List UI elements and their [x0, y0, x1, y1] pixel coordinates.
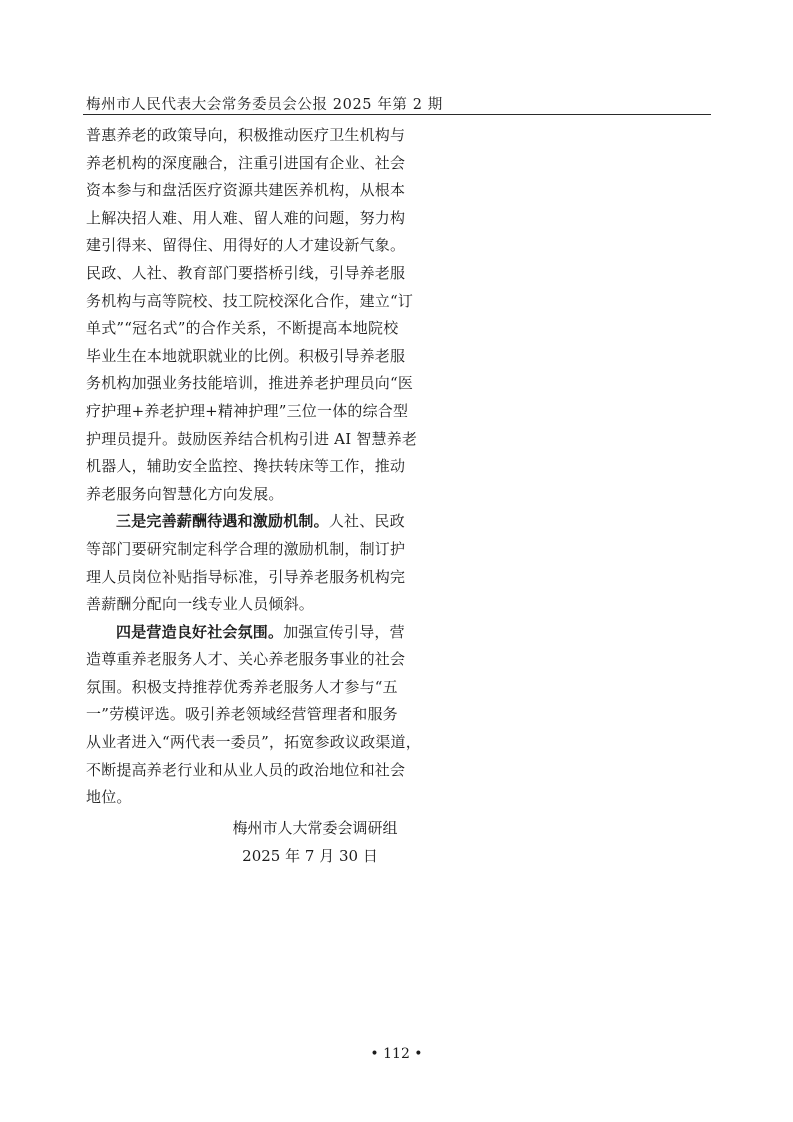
text-line: 疗护理+养老护理+精神护理”三位一体的综合型	[86, 398, 386, 426]
section-four-lead: 四是营造良好社会氛围。	[116, 623, 283, 641]
running-header: 梅州市人民代表大会常务委员会公报 2025 年第 2 期	[86, 93, 443, 114]
text-line: 理人员岗位补贴指导标准，引导养老服务机构完	[86, 564, 386, 592]
text-line: 三是完善薪酬待遇和激励机制。人社、民政	[86, 508, 386, 536]
signature-block: 梅州市人大常委会调研组 2025 年 7 月 30 日	[200, 814, 410, 870]
text-line: 普惠养老的政策导向，积极推动医疗卫生机构与	[86, 122, 386, 150]
text-line: 养老机构的深度融合，注重引进国有企业、社会	[86, 150, 386, 178]
section-four-first-line: 加强宣传引导，营	[283, 623, 405, 641]
text-line: 等部门要研究制定科学合理的激励机制，制订护	[86, 536, 386, 564]
text-line: 单式”“冠名式”的合作关系，不断提高本地院校	[86, 315, 386, 343]
section-three-paragraph: 三是完善薪酬待遇和激励机制。人社、民政 等部门要研究制定科学合理的激励机制，制订…	[86, 508, 386, 618]
text-line: 务机构与高等院校、技工院校深化合作，建立“订	[86, 288, 386, 316]
text-line: 护理员提升。鼓励医养结合机构引进 AI 智慧养老	[86, 426, 386, 454]
page-number: • 112 •	[0, 1046, 793, 1062]
text-line: 善薪酬分配向一线专业人员倾斜。	[86, 591, 386, 619]
section-four-paragraph: 四是营造良好社会氛围。加强宣传引导，营 造尊重养老服务人才、关心养老服务事业的社…	[86, 619, 386, 812]
text-line: 建引得来、留得住、用得好的人才建设新气象。	[86, 232, 386, 260]
text-line: 民政、人社、教育部门要搭桥引线，引导养老服	[86, 260, 386, 288]
signature-date: 2025 年 7 月 30 日	[200, 842, 410, 870]
text-line: 一”劳模评选。吸引养老领域经营管理者和服务	[86, 701, 386, 729]
text-line: 四是营造良好社会氛围。加强宣传引导，营	[86, 619, 386, 647]
continuation-paragraph: 普惠养老的政策导向，积极推动医疗卫生机构与 养老机构的深度融合，注重引进国有企业…	[86, 122, 386, 508]
text-line: 造尊重养老服务人才、关心养老服务事业的社会	[86, 646, 386, 674]
text-line: 养老服务向智慧化方向发展。	[86, 481, 386, 509]
section-three-lead: 三是完善薪酬待遇和激励机制。	[116, 512, 329, 530]
section-three-first-line: 人社、民政	[329, 512, 405, 530]
text-line: 从业者进入“两代表一委员”，拓宽参政议政渠道，	[86, 729, 386, 757]
text-line: 毕业生在本地就职就业的比例。积极引导养老服	[86, 343, 386, 371]
header-rule	[83, 114, 711, 115]
body-column: 普惠养老的政策导向，积极推动医疗卫生机构与 养老机构的深度融合，注重引进国有企业…	[86, 122, 386, 812]
text-line: 上解决招人难、用人难、留人难的问题，努力构	[86, 205, 386, 233]
text-line: 机器人，辅助安全监控、搀扶转床等工作，推动	[86, 453, 386, 481]
text-line: 地位。	[86, 784, 386, 812]
text-line: 不断提高养老行业和从业人员的政治地位和社会	[86, 757, 386, 785]
text-line: 资本参与和盘活医疗资源共建医养机构，从根本	[86, 177, 386, 205]
signature-organization: 梅州市人大常委会调研组	[200, 814, 410, 842]
text-line: 务机构加强业务技能培训，推进养老护理员向“医	[86, 370, 386, 398]
text-line: 氛围。积极支持推荐优秀养老服务人才参与“五	[86, 674, 386, 702]
